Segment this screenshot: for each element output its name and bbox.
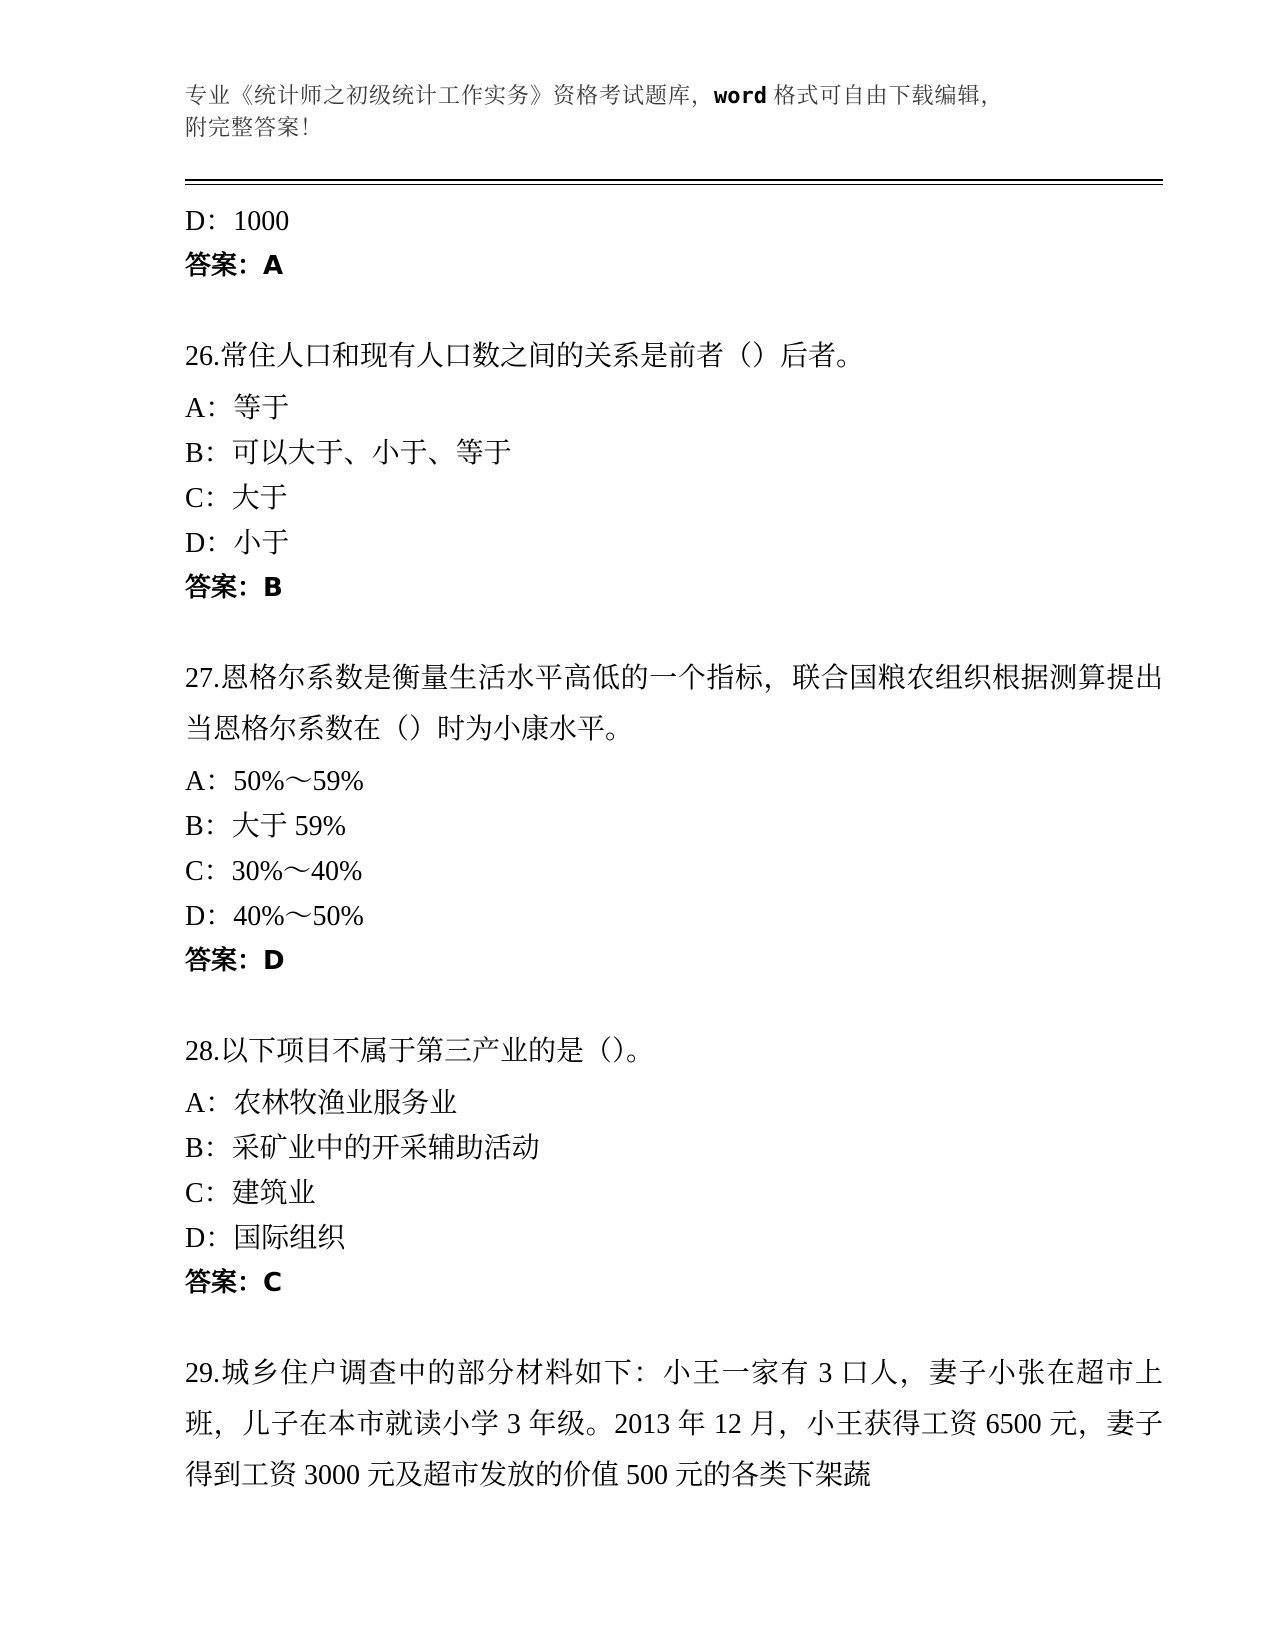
- question-text: 27.恩格尔系数是衡量生活水平高低的一个指标，联合国粮农组织根据测算提出当恩格尔…: [185, 653, 1163, 755]
- question-text: 26.常住人口和现有人口数之间的关系是前者（）后者。: [185, 331, 1163, 382]
- header-text-pre: 专业《统计师之初级统计工作实务》资格考试题库，: [185, 83, 714, 108]
- question-text: 28.以下项目不属于第三产业的是（）。: [185, 1026, 1163, 1077]
- option-b: B：大于 59%: [185, 804, 1163, 849]
- header-word-label: word: [714, 84, 767, 109]
- option-c: C：建筑业: [185, 1171, 1163, 1216]
- answer-line: 答案：B: [185, 566, 1163, 611]
- question-block-28: 28.以下项目不属于第三产业的是（）。 A：农林牧渔业服务业 B：采矿业中的开采…: [185, 1026, 1163, 1306]
- option-a: A：等于: [185, 386, 1163, 431]
- header-line-2: 附完整答案！: [185, 112, 1163, 143]
- option-d: D：国际组织: [185, 1216, 1163, 1261]
- header-line-1: 专业《统计师之初级统计工作实务》资格考试题库，word 格式可自由下载编辑，: [185, 80, 1163, 112]
- answer-line: 答案：D: [185, 939, 1163, 984]
- questions-area: D：1000 答案：A 26.常住人口和现有人口数之间的关系是前者（）后者。 A…: [185, 181, 1163, 1501]
- answer-line: 答案：C: [185, 1261, 1163, 1306]
- option-c: C：大于: [185, 476, 1163, 521]
- option-d: D：40%～50%: [185, 894, 1163, 939]
- header-divider: [185, 179, 1163, 181]
- option-d: D：小于: [185, 521, 1163, 566]
- option-a: A：50%～59%: [185, 759, 1163, 804]
- page-header: 专业《统计师之初级统计工作实务》资格考试题库，word 格式可自由下载编辑， 附…: [185, 80, 1163, 181]
- option-c: C：30%～40%: [185, 849, 1163, 894]
- question-block-26: 26.常住人口和现有人口数之间的关系是前者（）后者。 A：等于 B：可以大于、小…: [185, 331, 1163, 611]
- option-b: B：采矿业中的开采辅助活动: [185, 1126, 1163, 1171]
- question-25-tail: D：1000 答案：A: [185, 199, 1163, 289]
- question-text: 29.城乡住户调查中的部分材料如下：小王一家有 3 口人，妻子小张在超市上班，儿…: [185, 1348, 1163, 1501]
- question-block-27: 27.恩格尔系数是衡量生活水平高低的一个指标，联合国粮农组织根据测算提出当恩格尔…: [185, 653, 1163, 984]
- document-page: 专业《统计师之初级统计工作实务》资格考试题库，word 格式可自由下载编辑， 附…: [0, 0, 1275, 1650]
- question-block-29: 29.城乡住户调查中的部分材料如下：小王一家有 3 口人，妻子小张在超市上班，儿…: [185, 1348, 1163, 1501]
- option-b: B：可以大于、小于、等于: [185, 431, 1163, 476]
- option-a: A：农林牧渔业服务业: [185, 1081, 1163, 1126]
- header-text-post: 格式可自由下载编辑，: [767, 83, 1004, 108]
- option-d: D：1000: [185, 199, 1163, 244]
- answer-line: 答案：A: [185, 244, 1163, 289]
